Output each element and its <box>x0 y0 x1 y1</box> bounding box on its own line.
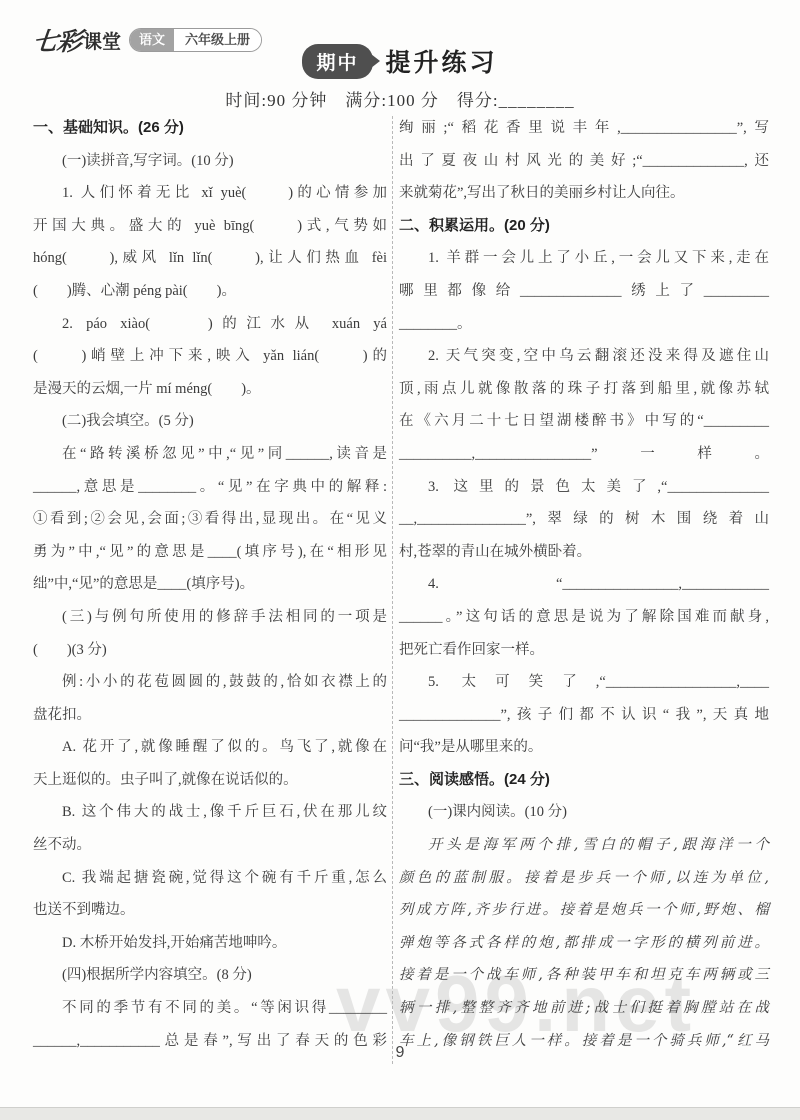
exam-page: vv99.net 七彩 课堂 语文 六年级上册 期中 提升练习 时间:90 分钟… <box>0 0 800 1120</box>
content-line: D. 木桥开始发抖,开始痛苦地呻吟。 <box>33 927 387 960</box>
content-line: ______,意思是________。“见”在字典中的解释: <box>33 471 387 504</box>
content-line: 列成方阵,齐步行进。接着是炮兵一个师,野炮、榴 <box>399 894 769 927</box>
content-line: 开头是海军两个排,雪白的帽子,跟海洋一个 <box>399 829 769 862</box>
content-line: ______。”这句话的意思是说为了解除国难而献身, <box>399 601 769 634</box>
content-line: 5. 太可笑了,“__________________,____ <box>399 666 769 699</box>
content-line: 盘花扣。 <box>33 699 387 732</box>
column-divider <box>392 116 393 1064</box>
content-line: C. 我端起搪瓷碗,觉得这个碗有千斤重,怎么 <box>33 862 387 895</box>
content-line: hóng( ),威风 lǐn lǐn( ),让人们热血 fèi <box>33 242 387 275</box>
content-line: 2. 天气突变,空中乌云翻滚还没来得及遮住山 <box>399 340 769 373</box>
content-line: ________。 <box>399 308 769 341</box>
exam-meta-line: 时间:90 分钟 满分:100 分 得分:________ <box>0 86 800 111</box>
content-line: 顶,雨点儿就像散落的珠子打落到船里,就像苏轼 <box>399 373 769 406</box>
right-column: 绚丽;“稻花香里说丰年,________________”,写出了夏夜山村风光的… <box>399 112 769 1064</box>
content-line: 是漫天的云烟,一片 mí méng( )。 <box>33 373 387 406</box>
content-line: 丝不动。 <box>33 829 387 862</box>
content-line: 不同的季节有不同的美。“等闲识得________ <box>33 992 387 1025</box>
content-line: 接着是一个战车师,各种装甲车和坦克车两辆或三 <box>399 959 769 992</box>
content-line: B. 这个伟大的战士,像千斤巨石,伏在那儿纹 <box>33 796 387 829</box>
left-column: 一、基础知识。(26 分)(一)读拼音,写字词。(10 分)1. 人们怀着无比 … <box>33 112 387 1064</box>
content-line: 也送不到嘴边。 <box>33 894 387 927</box>
content-line: A. 花开了,就像睡醒了似的。鸟飞了,就像在 <box>33 731 387 764</box>
content-columns: 一、基础知识。(26 分)(一)读拼音,写字词。(10 分)1. 人们怀着无比 … <box>33 112 769 1064</box>
content-line: 把死亡看作回家一样。 <box>399 634 769 667</box>
content-line: 弹炮等各式各样的炮,都排成一字形的横列前进。 <box>399 927 769 960</box>
content-line: 辆一排,整整齐齐地前进;战士们挺着胸膛站在战 <box>399 992 769 1025</box>
exam-title-badge: 期中 <box>302 44 372 79</box>
content-line: (二)我会填空。(5 分) <box>33 405 387 438</box>
content-line: 3. 这里的景色太美了,“______________ <box>399 471 769 504</box>
content-line: 开国大典。盛大的 yuè bīng( )式,气势如 <box>33 210 387 243</box>
exam-title-text: 提升练习 <box>386 43 498 79</box>
content-line: 三、阅读感悟。(24 分) <box>399 764 769 797</box>
content-line: 4. “________________,____________ <box>399 568 769 601</box>
content-line: 一、基础知识。(26 分) <box>33 112 387 145</box>
scan-edge-strip <box>0 1107 800 1120</box>
content-line: ______________”,孩子们都不认识“我”,天真地 <box>399 699 769 732</box>
content-line: ( )(3 分) <box>33 634 387 667</box>
content-line: 出了夏夜山村风光的美好;“______________,还 <box>399 145 769 178</box>
content-line: __,_______________”,翠绿的树木围绕着山 <box>399 503 769 536</box>
content-line: ( )腾、心潮 péng pài( )。 <box>33 275 387 308</box>
content-line: 二、积累运用。(20 分) <box>399 210 769 243</box>
content-line: (一)课内阅读。(10 分) <box>399 796 769 829</box>
content-line: 天上逛似的。虫子叫了,就像在说话似的。 <box>33 764 387 797</box>
content-line: 颜色的蓝制服。接着是步兵一个师,以连为单位, <box>399 862 769 895</box>
content-line: 绌”中,“见”的意思是____(填序号)。 <box>33 568 387 601</box>
content-line: 来就菊花”,写出了秋日的美丽乡村让人向往。 <box>399 177 769 210</box>
content-line: 例:小小的花苞圆圆的,鼓鼓的,恰如衣襟上的 <box>33 666 387 699</box>
content-line: 勇为”中,“见”的意思是____(填序号),在“相形见 <box>33 536 387 569</box>
content-line: ( )峭壁上冲下来,映入 yǎn lián( )的 <box>33 340 387 373</box>
content-line: (一)读拼音,写字词。(10 分) <box>33 145 387 178</box>
content-line: 在“路转溪桥忽见”中,“见”同______,读音是 <box>33 438 387 471</box>
content-line: ①看到;②会见,会面;③看得出,显现出。在“见义 <box>33 503 387 536</box>
content-line: 绚丽;“稻花香里说丰年,________________”,写 <box>399 112 769 145</box>
content-line: 1. 人们怀着无比 xǐ yuè( )的心情参加 <box>33 177 387 210</box>
content-line: (三)与例句所使用的修辞手法相同的一项是 <box>33 601 387 634</box>
content-line: 在《六月二十七日望湖楼醉书》中写的“_________ <box>399 405 769 438</box>
content-line: 2. páo xiào( )的江水从 xuán yá <box>33 308 387 341</box>
exam-title-row: 期中 提升练习 <box>0 43 800 79</box>
content-line: 1. 羊群一会儿上了小丘,一会儿又下来,走在 <box>399 242 769 275</box>
page-number: 9 <box>0 1044 800 1062</box>
content-line: 村,苍翠的青山在城外横卧着。 <box>399 536 769 569</box>
content-line: (四)根据所学内容填空。(8 分) <box>33 959 387 992</box>
content-line: __________,________________”一样。 <box>399 438 769 471</box>
content-line: 哪里都像给______________绣上了_________ <box>399 275 769 308</box>
content-line: 问“我”是从哪里来的。 <box>399 731 769 764</box>
